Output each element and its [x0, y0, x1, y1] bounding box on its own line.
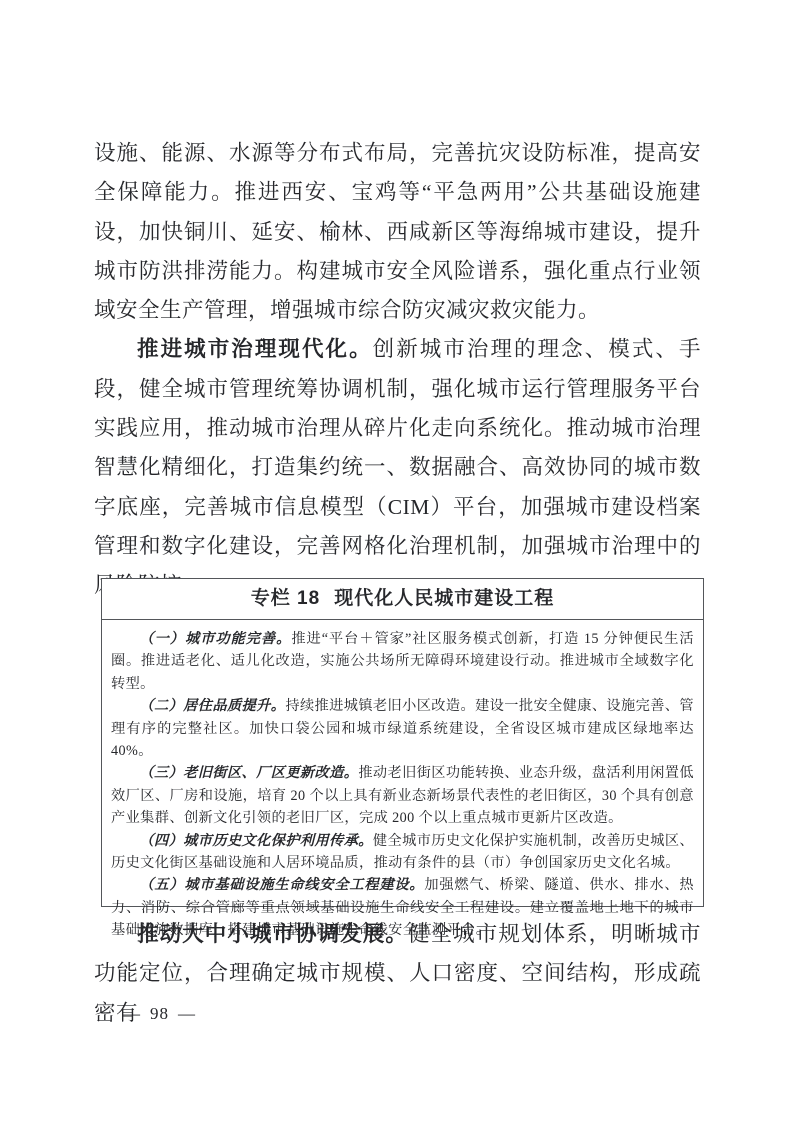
box-item-2: （二）居住品质提升。持续推进城镇老旧小区改造。建设一批安全健康、设施完善、管理有… [111, 695, 694, 762]
box-item-lead: （二）居住品质提升。 [139, 698, 285, 714]
special-column-box: 专栏 18现代化人民城市建设工程 （一）城市功能完善。推进“平台＋管家”社区服务… [101, 578, 704, 907]
box-item-4: （四）城市历史文化保护利用传承。健全城市历史文化保护实施机制，改善历史城区、历史… [111, 830, 694, 875]
box-item-lead: （五）城市基础设施生命线安全工程建设。 [139, 877, 424, 893]
box-title: 现代化人民城市建设工程 [334, 588, 554, 609]
page-number: 98 [150, 1004, 169, 1023]
paragraph-infrastructure-safety: 设施、能源、水源等分布式布局，完善抗灾设防标准，提高安全保障能力。推进西安、宝鸡… [94, 134, 701, 330]
paragraph-urban-governance: 推进城市治理现代化。创新城市治理的理念、模式、手段，健全城市管理统筹协调机制，强… [94, 330, 701, 605]
box-item-lead: （一）城市功能完善。 [139, 631, 291, 647]
box-item-lead: （四）城市历史文化保护利用传承。 [139, 833, 373, 849]
paragraph-text: 创新城市治理的理念、模式、手段，健全城市管理统筹协调机制，强化城市运行管理服务平… [94, 337, 701, 597]
paragraph-lead: 推动大中小城市协调发展。 [137, 922, 408, 946]
main-text: 设施、能源、水源等分布式布局，完善抗灾设防标准，提高安全保障能力。推进西安、宝鸡… [94, 134, 701, 606]
box-item-3: （三）老旧街区、厂区更新改造。推动老旧街区功能转换、业态升级，盘活利用闲置低效厂… [111, 762, 694, 829]
box-item-lead: （三）老旧街区、厂区更新改造。 [139, 765, 358, 781]
box-body: （一）城市功能完善。推进“平台＋管家”社区服务模式创新，打造 15 分钟便民生活… [102, 620, 703, 942]
footer-dash-left: — [123, 1004, 141, 1023]
paragraph-lead: 推进城市治理现代化。 [137, 337, 373, 361]
box-header: 专栏 18现代化人民城市建设工程 [102, 579, 703, 620]
box-item-1: （一）城市功能完善。推进“平台＋管家”社区服务模式创新，打造 15 分钟便民生活… [111, 628, 694, 695]
box-label: 专栏 18 [251, 588, 320, 609]
page-footer: —98— [123, 1004, 205, 1024]
document-page: 设施、能源、水源等分布式布局，完善抗灾设防标准，提高安全保障能力。推进西安、宝鸡… [0, 0, 794, 1123]
paragraph-text: 设施、能源、水源等分布式布局，完善抗灾设防标准，提高安全保障能力。推进西安、宝鸡… [94, 141, 701, 322]
footer-dash-right: — [178, 1004, 196, 1023]
